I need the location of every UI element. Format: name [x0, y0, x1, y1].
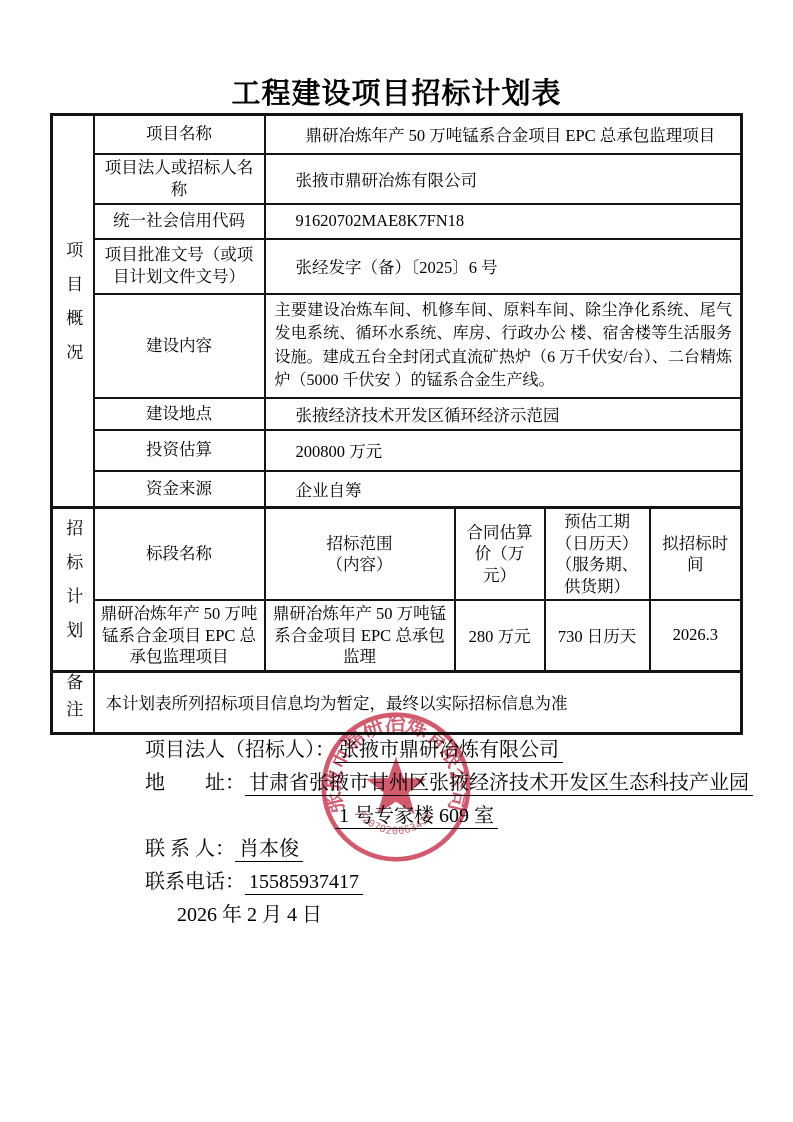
- contact-value: 肖本俊: [235, 838, 303, 862]
- field-label-construction-site: 建设地点: [94, 398, 265, 430]
- address-line-1: 地 址：甘肃省张掖市甘州区张掖经济技术开发区生态科技产业园: [145, 770, 753, 796]
- field-label-construction-content: 建设内容: [94, 294, 265, 398]
- plan-contract-price: 280 万元: [455, 600, 545, 671]
- phone-value: 15585937417: [245, 871, 363, 895]
- signature-block: 项目法人（招标人）：张掖市鼎研冶炼有限公司 地 址：甘肃省张掖市甘州区张掖经济技…: [145, 737, 753, 935]
- field-value-construction-content: 主要建设冶炼车间、机修车间、原料车间、除尘净化系统、尾气发电系统、循环水系统、库…: [265, 294, 742, 398]
- legal-person-label: 项目法人（招标人）：: [145, 739, 335, 761]
- contact-line: 联 系 人：肖本俊: [145, 836, 753, 862]
- plan-section-name: 鼎研冶炼年产 50 万吨 锰系合金项目 EPC 总 承包监理项目: [94, 600, 265, 671]
- column-header-section-name: 标段名称: [94, 508, 265, 601]
- plan-scope: 鼎研冶炼年产 50 万吨锰 系合金项目 EPC 总承包 监理: [265, 600, 455, 671]
- section-label-text: 备注: [60, 673, 85, 727]
- table-row: 统一社会信用代码 91620702MAE8K7FN18: [52, 204, 742, 239]
- field-label-investment-estimate: 投资估算: [94, 430, 265, 471]
- table-row: 项目概况 项目名称 鼎研冶炼年产 50 万吨锰系合金项目 EPC 总承包监理项目: [52, 115, 742, 154]
- field-label-project-name: 项目名称: [94, 115, 265, 154]
- note-row: 备注 本计划表所列招标项目信息均为暂定，最终以实际招标信息为准: [52, 671, 742, 733]
- column-header-scope: 招标范围 （内容）: [265, 508, 455, 601]
- plan-tender-time: 2026.3: [650, 600, 742, 671]
- note-content: 本计划表所列招标项目信息均为暂定，最终以实际招标信息为准: [94, 671, 742, 733]
- column-header-duration: 预估工期 （日历天） （服务期、 供货期）: [545, 508, 650, 601]
- address-line-2: 1 号专家楼 609 室: [335, 803, 753, 829]
- address-label: 地 址：: [145, 772, 245, 794]
- table-row: 建设地点 张掖经济技术开发区循环经济示范园: [52, 398, 742, 430]
- section-label-text: 项目概况: [60, 241, 85, 377]
- plan-data-row: 鼎研冶炼年产 50 万吨 锰系合金项目 EPC 总 承包监理项目 鼎研冶炼年产 …: [52, 600, 742, 671]
- field-value-fund-source: 企业自筹: [265, 471, 742, 508]
- field-label-approval-number: 项目批准文号（或项目计划文件文号）: [94, 239, 265, 294]
- field-value-investment-estimate: 200800 万元: [265, 430, 742, 471]
- field-label-legal-person: 项目法人或招标人名称: [94, 154, 265, 204]
- section-label-note: 备注: [52, 671, 94, 733]
- section-label-overview: 项目概况: [52, 115, 94, 508]
- field-label-fund-source: 资金来源: [94, 471, 265, 508]
- plan-header-row: 招标计划 标段名称 招标范围 （内容） 合同估算 价（万 元） 预估工期 （日历…: [52, 508, 742, 601]
- table-row: 资金来源 企业自筹: [52, 471, 742, 508]
- field-value-legal-person: 张掖市鼎研冶炼有限公司: [265, 154, 742, 204]
- field-value-credit-code: 91620702MAE8K7FN18: [265, 204, 742, 239]
- tender-plan-table: 项目概况 项目名称 鼎研冶炼年产 50 万吨锰系合金项目 EPC 总承包监理项目…: [50, 113, 743, 735]
- plan-duration: 730 日历天: [545, 600, 650, 671]
- address-value-2: 1 号专家楼 609 室: [335, 805, 498, 829]
- field-label-credit-code: 统一社会信用代码: [94, 204, 265, 239]
- contact-label: 联 系 人：: [145, 838, 235, 860]
- section-label-tender-plan: 招标计划: [52, 508, 94, 672]
- column-header-tender-time: 拟招标时 间: [650, 508, 742, 601]
- table-row: 项目批准文号（或项目计划文件文号） 张经发字（备）〔2025〕6 号: [52, 239, 742, 294]
- phone-label: 联系电话：: [145, 871, 245, 893]
- field-value-approval-number: 张经发字（备）〔2025〕6 号: [265, 239, 742, 294]
- section-label-text: 招标计划: [60, 519, 85, 655]
- page-title: 工程建设项目招标计划表: [0, 71, 793, 112]
- table-row: 项目法人或招标人名称 张掖市鼎研冶炼有限公司: [52, 154, 742, 204]
- legal-person-value: 张掖市鼎研冶炼有限公司: [335, 739, 563, 763]
- table-row: 投资估算 200800 万元: [52, 430, 742, 471]
- phone-line: 联系电话：15585937417: [145, 869, 753, 895]
- date-line: 2026 年 2 月 4 日: [177, 902, 753, 928]
- address-value-1: 甘肃省张掖市甘州区张掖经济技术开发区生态科技产业园: [245, 772, 753, 796]
- column-header-contract-price: 合同估算 价（万 元）: [455, 508, 545, 601]
- legal-person-line: 项目法人（招标人）：张掖市鼎研冶炼有限公司: [145, 737, 753, 763]
- document-page: 工程建设项目招标计划表 项目概况 项目名称 鼎研冶炼年产 50 万吨锰系合金项目…: [0, 0, 793, 1122]
- table-row: 建设内容 主要建设冶炼车间、机修车间、原料车间、除尘净化系统、尾气发电系统、循环…: [52, 294, 742, 398]
- field-value-project-name: 鼎研冶炼年产 50 万吨锰系合金项目 EPC 总承包监理项目: [265, 115, 742, 154]
- field-value-construction-site: 张掖经济技术开发区循环经济示范园: [265, 398, 742, 430]
- date-value: 2026 年 2 月 4 日: [177, 904, 322, 926]
